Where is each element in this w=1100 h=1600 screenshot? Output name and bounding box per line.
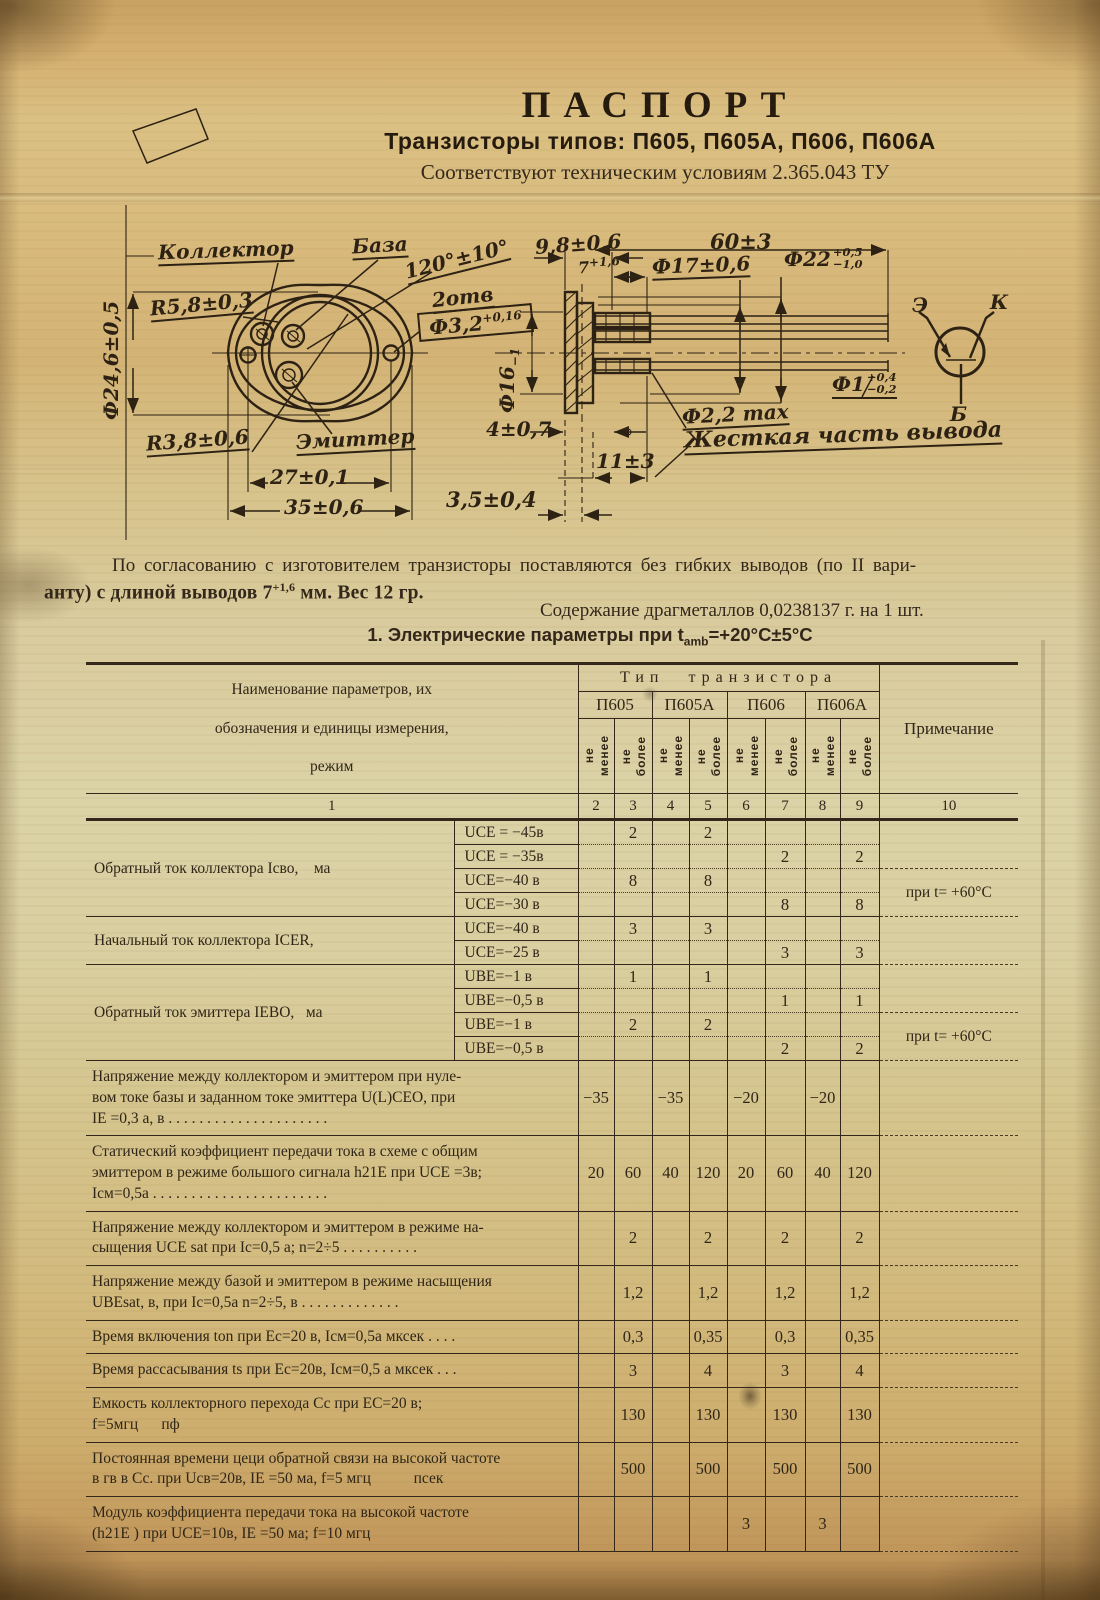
- value-cell: 1: [689, 965, 727, 989]
- value-cell: [805, 941, 840, 965]
- dim-text: Ф22: [784, 247, 831, 271]
- minmax-word: более: [634, 736, 648, 776]
- value-cell: [614, 845, 652, 869]
- section-text: 1. Электрические параметры при t: [367, 624, 683, 645]
- minmax-word: не: [694, 736, 708, 776]
- condition-cell: UCE=−25 в: [454, 941, 578, 965]
- value-cell: [727, 917, 765, 941]
- value-cell: 8: [765, 893, 805, 917]
- note-cell: [879, 1388, 1018, 1443]
- value-cell: [578, 1497, 614, 1552]
- value-cell: 3: [689, 917, 727, 941]
- type-p605a: П605А: [652, 692, 727, 719]
- minmax-word: более: [786, 736, 800, 776]
- value-cell: −20: [805, 1061, 840, 1136]
- minmax-word: менее: [671, 735, 685, 776]
- value-cell: 3: [614, 1354, 652, 1388]
- table-row: Обратный ток коллектора Iсво, маUCE = −4…: [86, 820, 1018, 845]
- param-group-label: Обратный ток эмиттера IEBO, ма: [86, 965, 454, 1061]
- note-paragraph-line2: анту) с длиной выводов 7+1,6 мм. Вес 12 …: [44, 580, 424, 605]
- value-cell: [652, 1320, 689, 1354]
- value-cell: [652, 989, 689, 1013]
- table-row: Время включения ton при Ес=20 в, Iсм=0,5…: [86, 1320, 1018, 1354]
- minmax-header: неболее: [765, 719, 805, 794]
- note-paragraph-line1: По согласованию с изготовителем транзист…: [112, 555, 1064, 577]
- table-row: Напряжение между коллектором и эмиттером…: [86, 1211, 1018, 1266]
- table-row: Напряжение между коллектором и эмиттером…: [86, 1061, 1018, 1136]
- column-index: 9: [840, 794, 879, 820]
- value-cell: [652, 941, 689, 965]
- value-cell: 2: [765, 1037, 805, 1061]
- value-cell: [578, 893, 614, 917]
- value-cell: 500: [840, 1442, 879, 1497]
- tolerance-superscript: +1,6: [273, 580, 296, 594]
- section-heading: 1. Электрические параметры при tamb=+20°…: [140, 624, 1040, 649]
- value-cell: 2: [765, 845, 805, 869]
- value-cell: 2: [840, 1037, 879, 1061]
- value-cell: 0,35: [689, 1320, 727, 1354]
- label-rigid-length: 7+1,6: [578, 255, 621, 277]
- label-angle: 120°±10°: [403, 236, 512, 285]
- value-cell: −35: [652, 1061, 689, 1136]
- minmax-word: более: [860, 736, 874, 776]
- param-label: Время включения ton при Ес=20 в, Iсм=0,5…: [86, 1320, 578, 1354]
- dim-text: Ф3,2: [428, 311, 484, 340]
- param-label: Напряжение между коллектором и эмиттером…: [86, 1211, 578, 1266]
- value-cell: 2: [689, 820, 727, 845]
- value-cell: 2: [614, 1013, 652, 1037]
- label-base: База: [351, 234, 408, 261]
- column-index: 1: [86, 794, 578, 820]
- value-cell: 1,2: [614, 1266, 652, 1321]
- minmax-word: не: [771, 736, 785, 776]
- value-cell: 2: [689, 1211, 727, 1266]
- minmax-word: не: [619, 736, 633, 776]
- column-header-parameters: Наименование параметров, их обозначения …: [86, 664, 578, 794]
- label-collector: Коллектор: [158, 238, 294, 267]
- value-cell: 130: [689, 1388, 727, 1443]
- column-header-type: Тип транзистора: [578, 664, 879, 692]
- value-cell: [805, 893, 840, 917]
- minmax-word: не: [845, 736, 859, 776]
- condition-cell: UBE=−0,5 в: [454, 989, 578, 1013]
- value-cell: [727, 965, 765, 989]
- condition-cell: UBE=−1 в: [454, 1013, 578, 1037]
- value-cell: [689, 1037, 727, 1061]
- label-flange-width: 35±0,6: [284, 497, 363, 517]
- minmax-word: менее: [823, 735, 837, 776]
- value-cell: 0,3: [614, 1320, 652, 1354]
- value-cell: 60: [765, 1136, 805, 1211]
- value-cell: [614, 1037, 652, 1061]
- conformance-line: Соответствуют техническим условиям 2.365…: [205, 160, 1100, 185]
- value-cell: [840, 1497, 879, 1552]
- note-cell: при t= +60°С: [879, 1013, 1018, 1061]
- condition-cell: UBE=−1 в: [454, 965, 578, 989]
- label-radius-top: R5,8±0,3: [149, 290, 254, 323]
- value-cell: 1,2: [689, 1266, 727, 1321]
- value-cell: [805, 1320, 840, 1354]
- value-cell: [765, 869, 805, 893]
- value-cell: [578, 917, 614, 941]
- condition-cell: UBE=−0,5 в: [454, 1037, 578, 1061]
- minmax-header: неменее: [805, 719, 840, 794]
- value-cell: 2: [614, 820, 652, 845]
- value-cell: 500: [614, 1442, 652, 1497]
- value-cell: 4: [689, 1354, 727, 1388]
- value-cell: 1,2: [840, 1266, 879, 1321]
- section-subscript: amb: [684, 635, 709, 649]
- label-lead-length: 60±3: [710, 231, 771, 252]
- value-cell: [840, 965, 879, 989]
- note-cell: [879, 917, 1018, 965]
- param-table-body: Обратный ток коллектора Iсво, маUCE = −4…: [86, 820, 1018, 1552]
- value-cell: [652, 820, 689, 845]
- minmax-word: более: [709, 736, 723, 776]
- paper-crease: [1041, 640, 1045, 1600]
- factory-logo: [133, 109, 208, 163]
- value-cell: 3: [765, 941, 805, 965]
- value-cell: 130: [840, 1388, 879, 1443]
- value-cell: [652, 917, 689, 941]
- value-cell: 2: [840, 845, 879, 869]
- value-cell: [727, 1388, 765, 1443]
- minmax-word: менее: [747, 735, 761, 776]
- value-cell: 0,35: [840, 1320, 879, 1354]
- note-cell: [879, 1320, 1018, 1354]
- minmax-word: менее: [597, 735, 611, 776]
- value-cell: [765, 965, 805, 989]
- label-pin-spacing: 27±0,1: [270, 467, 349, 487]
- page-subtitle: Транзисторы типов: П605, П605А, П606, П6…: [210, 128, 1100, 155]
- table-row: Постоянная времени цеци обратной связи н…: [86, 1442, 1018, 1497]
- value-cell: −20: [727, 1061, 765, 1136]
- label-dim-35: 3,5±0,4: [446, 489, 537, 510]
- value-cell: [765, 917, 805, 941]
- value-cell: 1,2: [765, 1266, 805, 1321]
- value-cell: [578, 1442, 614, 1497]
- value-cell: 40: [805, 1136, 840, 1211]
- value-cell: [805, 820, 840, 845]
- value-cell: [727, 1037, 765, 1061]
- value-cell: [805, 845, 840, 869]
- type-p605: П605: [578, 692, 652, 719]
- table-header-row: Наименование параметров, их обозначения …: [86, 664, 1018, 692]
- value-cell: [840, 917, 879, 941]
- value-cell: 20: [727, 1136, 765, 1211]
- value-cell: [840, 1013, 879, 1037]
- value-cell: [805, 989, 840, 1013]
- note-cell: [879, 1211, 1018, 1266]
- paper-crease: [0, 193, 1100, 202]
- value-cell: 3: [765, 1354, 805, 1388]
- label-front-diameter: Ф16−1: [497, 348, 521, 413]
- value-cell: 2: [765, 1211, 805, 1266]
- param-label: Напряжение между коллектором и эмиттером…: [86, 1061, 578, 1136]
- value-cell: [614, 1061, 652, 1136]
- value-cell: [614, 989, 652, 1013]
- dim-tolerance: −1: [508, 348, 522, 366]
- note-cell: [879, 1266, 1018, 1321]
- value-cell: 500: [765, 1442, 805, 1497]
- value-cell: [578, 989, 614, 1013]
- label-flange-diameter: Ф24,6±0,5: [101, 301, 121, 420]
- note-cell: [879, 1354, 1018, 1388]
- value-cell: [614, 893, 652, 917]
- value-cell: [727, 1442, 765, 1497]
- note-cell: [879, 820, 1018, 869]
- column-index: 3: [614, 794, 652, 820]
- condition-cell: UCE = −45в: [454, 820, 578, 845]
- value-cell: [805, 917, 840, 941]
- value-cell: [840, 820, 879, 845]
- value-cell: 1: [765, 989, 805, 1013]
- value-cell: 8: [689, 869, 727, 893]
- value-cell: [652, 1442, 689, 1497]
- note-cell: [879, 1497, 1018, 1552]
- value-cell: 40: [652, 1136, 689, 1211]
- value-cell: [727, 1320, 765, 1354]
- value-cell: [805, 1388, 840, 1443]
- dim-text: Ф16: [495, 366, 519, 413]
- value-cell: [727, 845, 765, 869]
- value-cell: [727, 1013, 765, 1037]
- param-group-label: Начальный ток коллектора ICER,: [86, 917, 454, 965]
- value-cell: 3: [727, 1497, 765, 1552]
- value-cell: 60: [614, 1136, 652, 1211]
- page-title: ПАСПОРТ: [210, 84, 1100, 127]
- label-symbol-collector: К: [990, 292, 1008, 312]
- value-cell: [727, 820, 765, 845]
- value-cell: [652, 1211, 689, 1266]
- value-cell: 3: [840, 941, 879, 965]
- value-cell: [652, 1354, 689, 1388]
- value-cell: [652, 1013, 689, 1037]
- dim-tolerance: −1,0: [833, 258, 863, 270]
- dim-text: Ф1: [832, 372, 865, 396]
- column-index: 7: [765, 794, 805, 820]
- note-cell: при t= +60°С: [879, 869, 1018, 917]
- label-symbol-emitter: Э: [912, 295, 928, 315]
- value-cell: 3: [805, 1497, 840, 1552]
- value-cell: [652, 845, 689, 869]
- note-text: анту) с длиной выводов 7: [44, 583, 273, 604]
- label-can-diameter: Ф22+0,5−1,0: [784, 246, 862, 270]
- label-dim-4: 4±0,7: [486, 419, 551, 439]
- table-row: Время рассасывания ts при Ес=20в, Iсм=0,…: [86, 1354, 1018, 1388]
- value-cell: [578, 820, 614, 845]
- precious-metals-line: Содержание драгметаллов 0,0238137 г. на …: [540, 600, 924, 622]
- value-cell: [727, 869, 765, 893]
- value-cell: [805, 1354, 840, 1388]
- value-cell: [727, 1266, 765, 1321]
- value-cell: [652, 869, 689, 893]
- section-text: =+20°С±5°С: [708, 624, 812, 645]
- value-cell: [805, 1266, 840, 1321]
- value-cell: [578, 1211, 614, 1266]
- value-cell: [652, 965, 689, 989]
- value-cell: [578, 1037, 614, 1061]
- value-cell: [805, 1442, 840, 1497]
- note-cell: [879, 1442, 1018, 1497]
- value-cell: [765, 1061, 805, 1136]
- param-label: Постоянная времени цеци обратной связи н…: [86, 1442, 578, 1497]
- value-cell: [652, 1388, 689, 1443]
- value-cell: 8: [614, 869, 652, 893]
- value-cell: [805, 1211, 840, 1266]
- value-cell: [840, 869, 879, 893]
- datasheet-page: ПАСПОРТ Транзисторы типов: П605, П605А, …: [0, 0, 1100, 1600]
- value-cell: [578, 1013, 614, 1037]
- value-cell: 500: [689, 1442, 727, 1497]
- value-cell: 1: [614, 965, 652, 989]
- value-cell: [840, 1061, 879, 1136]
- column-index: 2: [578, 794, 614, 820]
- paper-crease: [0, 468, 1100, 474]
- column-index: 5: [689, 794, 727, 820]
- value-cell: [578, 869, 614, 893]
- note-text: мм. Вес 12 гр.: [295, 583, 424, 604]
- value-cell: [805, 965, 840, 989]
- table-row: Статический коэффициент передачи тока в …: [86, 1136, 1018, 1211]
- dim-tolerance: −0,2: [867, 383, 897, 395]
- value-cell: −35: [578, 1061, 614, 1136]
- value-cell: [689, 845, 727, 869]
- value-cell: [652, 1266, 689, 1321]
- table-row: Обратный ток эмиттера IEBO, маUBE=−1 в11: [86, 965, 1018, 989]
- value-cell: [727, 1211, 765, 1266]
- value-cell: [805, 1037, 840, 1061]
- value-cell: 0,3: [765, 1320, 805, 1354]
- value-cell: 4: [840, 1354, 879, 1388]
- value-cell: [765, 1013, 805, 1037]
- minmax-header: неменее: [578, 719, 614, 794]
- value-cell: [805, 1013, 840, 1037]
- value-cell: 2: [840, 1211, 879, 1266]
- label-radius-bottom: R3,8±0,6: [145, 426, 249, 457]
- value-cell: [727, 1354, 765, 1388]
- value-cell: [652, 1037, 689, 1061]
- condition-cell: UCE=−40 в: [454, 917, 578, 941]
- table-row: Емкость коллекторного перехода Сс при ЕС…: [86, 1388, 1018, 1443]
- param-label: Емкость коллекторного перехода Сс при ЕС…: [86, 1388, 578, 1443]
- value-cell: [689, 989, 727, 1013]
- value-cell: [652, 893, 689, 917]
- value-cell: [727, 941, 765, 965]
- minmax-header: неменее: [652, 719, 689, 794]
- label-symbol-base: Б: [950, 404, 967, 424]
- value-cell: 3: [614, 917, 652, 941]
- value-cell: [727, 989, 765, 1013]
- column-index-row: 1 2 3 4 5 6 7 8 9 10: [86, 794, 1018, 820]
- column-index: 6: [727, 794, 765, 820]
- value-cell: 1: [840, 989, 879, 1013]
- value-cell: 20: [578, 1136, 614, 1211]
- value-cell: [578, 1388, 614, 1443]
- label-dim-11: 11±3: [596, 451, 655, 471]
- value-cell: [578, 1354, 614, 1388]
- value-cell: [652, 1497, 689, 1552]
- value-cell: [578, 1266, 614, 1321]
- param-label: Модуль коэффициента передачи тока на выс…: [86, 1497, 578, 1552]
- value-cell: 120: [840, 1136, 879, 1211]
- minmax-header: неболее: [689, 719, 727, 794]
- type-p606a: П606А: [805, 692, 879, 719]
- value-cell: [689, 941, 727, 965]
- value-cell: 2: [614, 1211, 652, 1266]
- minmax-word: не: [732, 735, 746, 776]
- note-cell: [879, 1136, 1018, 1211]
- value-cell: [578, 845, 614, 869]
- value-cell: [578, 1320, 614, 1354]
- label-lead-diameter: Ф1+0,4−0,2: [832, 371, 897, 399]
- condition-cell: UCE = −35в: [454, 845, 578, 869]
- label-emitter: Эмиттер: [295, 426, 415, 456]
- value-cell: [727, 893, 765, 917]
- table-row: Напряжение между базой и эмиттером в реж…: [86, 1266, 1018, 1321]
- type-p606: П606: [727, 692, 805, 719]
- minmax-header: неменее: [727, 719, 765, 794]
- param-label: Время рассасывания ts при Ес=20в, Iсм=0,…: [86, 1354, 578, 1388]
- minmax-word: не: [656, 735, 670, 776]
- minmax-header: неболее: [614, 719, 652, 794]
- param-label: Статический коэффициент передачи тока в …: [86, 1136, 578, 1211]
- value-cell: 130: [765, 1388, 805, 1443]
- param-label: Напряжение между базой и эмиттером в реж…: [86, 1266, 578, 1321]
- value-cell: [689, 1061, 727, 1136]
- label-pin-circle-diameter: Ф17±0,6: [652, 253, 751, 280]
- column-index: 8: [805, 794, 840, 820]
- value-cell: [614, 1497, 652, 1552]
- parameters-table: Наименование параметров, их обозначения …: [86, 662, 1018, 1552]
- table-row: Модуль коэффициента передачи тока на выс…: [86, 1497, 1018, 1552]
- value-cell: [805, 869, 840, 893]
- minmax-word: не: [582, 735, 596, 776]
- value-cell: [578, 965, 614, 989]
- value-cell: 8: [840, 893, 879, 917]
- label-flange-thickness: 9,8±0,6: [534, 231, 622, 257]
- minmax-word: не: [808, 735, 822, 776]
- value-cell: 120: [689, 1136, 727, 1211]
- param-group-label: Обратный ток коллектора Iсво, ма: [86, 820, 454, 917]
- value-cell: [765, 1497, 805, 1552]
- column-index: 4: [652, 794, 689, 820]
- value-cell: 2: [689, 1013, 727, 1037]
- value-cell: [578, 941, 614, 965]
- condition-cell: UCE=−40 в: [454, 869, 578, 893]
- value-cell: [689, 893, 727, 917]
- minmax-header: неболее: [840, 719, 879, 794]
- condition-cell: UCE=−30 в: [454, 893, 578, 917]
- note-cell: [879, 965, 1018, 1013]
- dim-tolerance: +0,16: [482, 308, 522, 325]
- value-cell: 130: [614, 1388, 652, 1443]
- note-cell: [879, 1061, 1018, 1136]
- value-cell: [765, 820, 805, 845]
- value-cell: [689, 1497, 727, 1552]
- value-cell: [614, 941, 652, 965]
- column-header-note: Примечание: [879, 664, 1018, 794]
- column-index: 10: [879, 794, 1018, 820]
- dim-tolerance: +1,6: [589, 254, 621, 270]
- table-row: Начальный ток коллектора ICER,UCE=−40 в3…: [86, 917, 1018, 941]
